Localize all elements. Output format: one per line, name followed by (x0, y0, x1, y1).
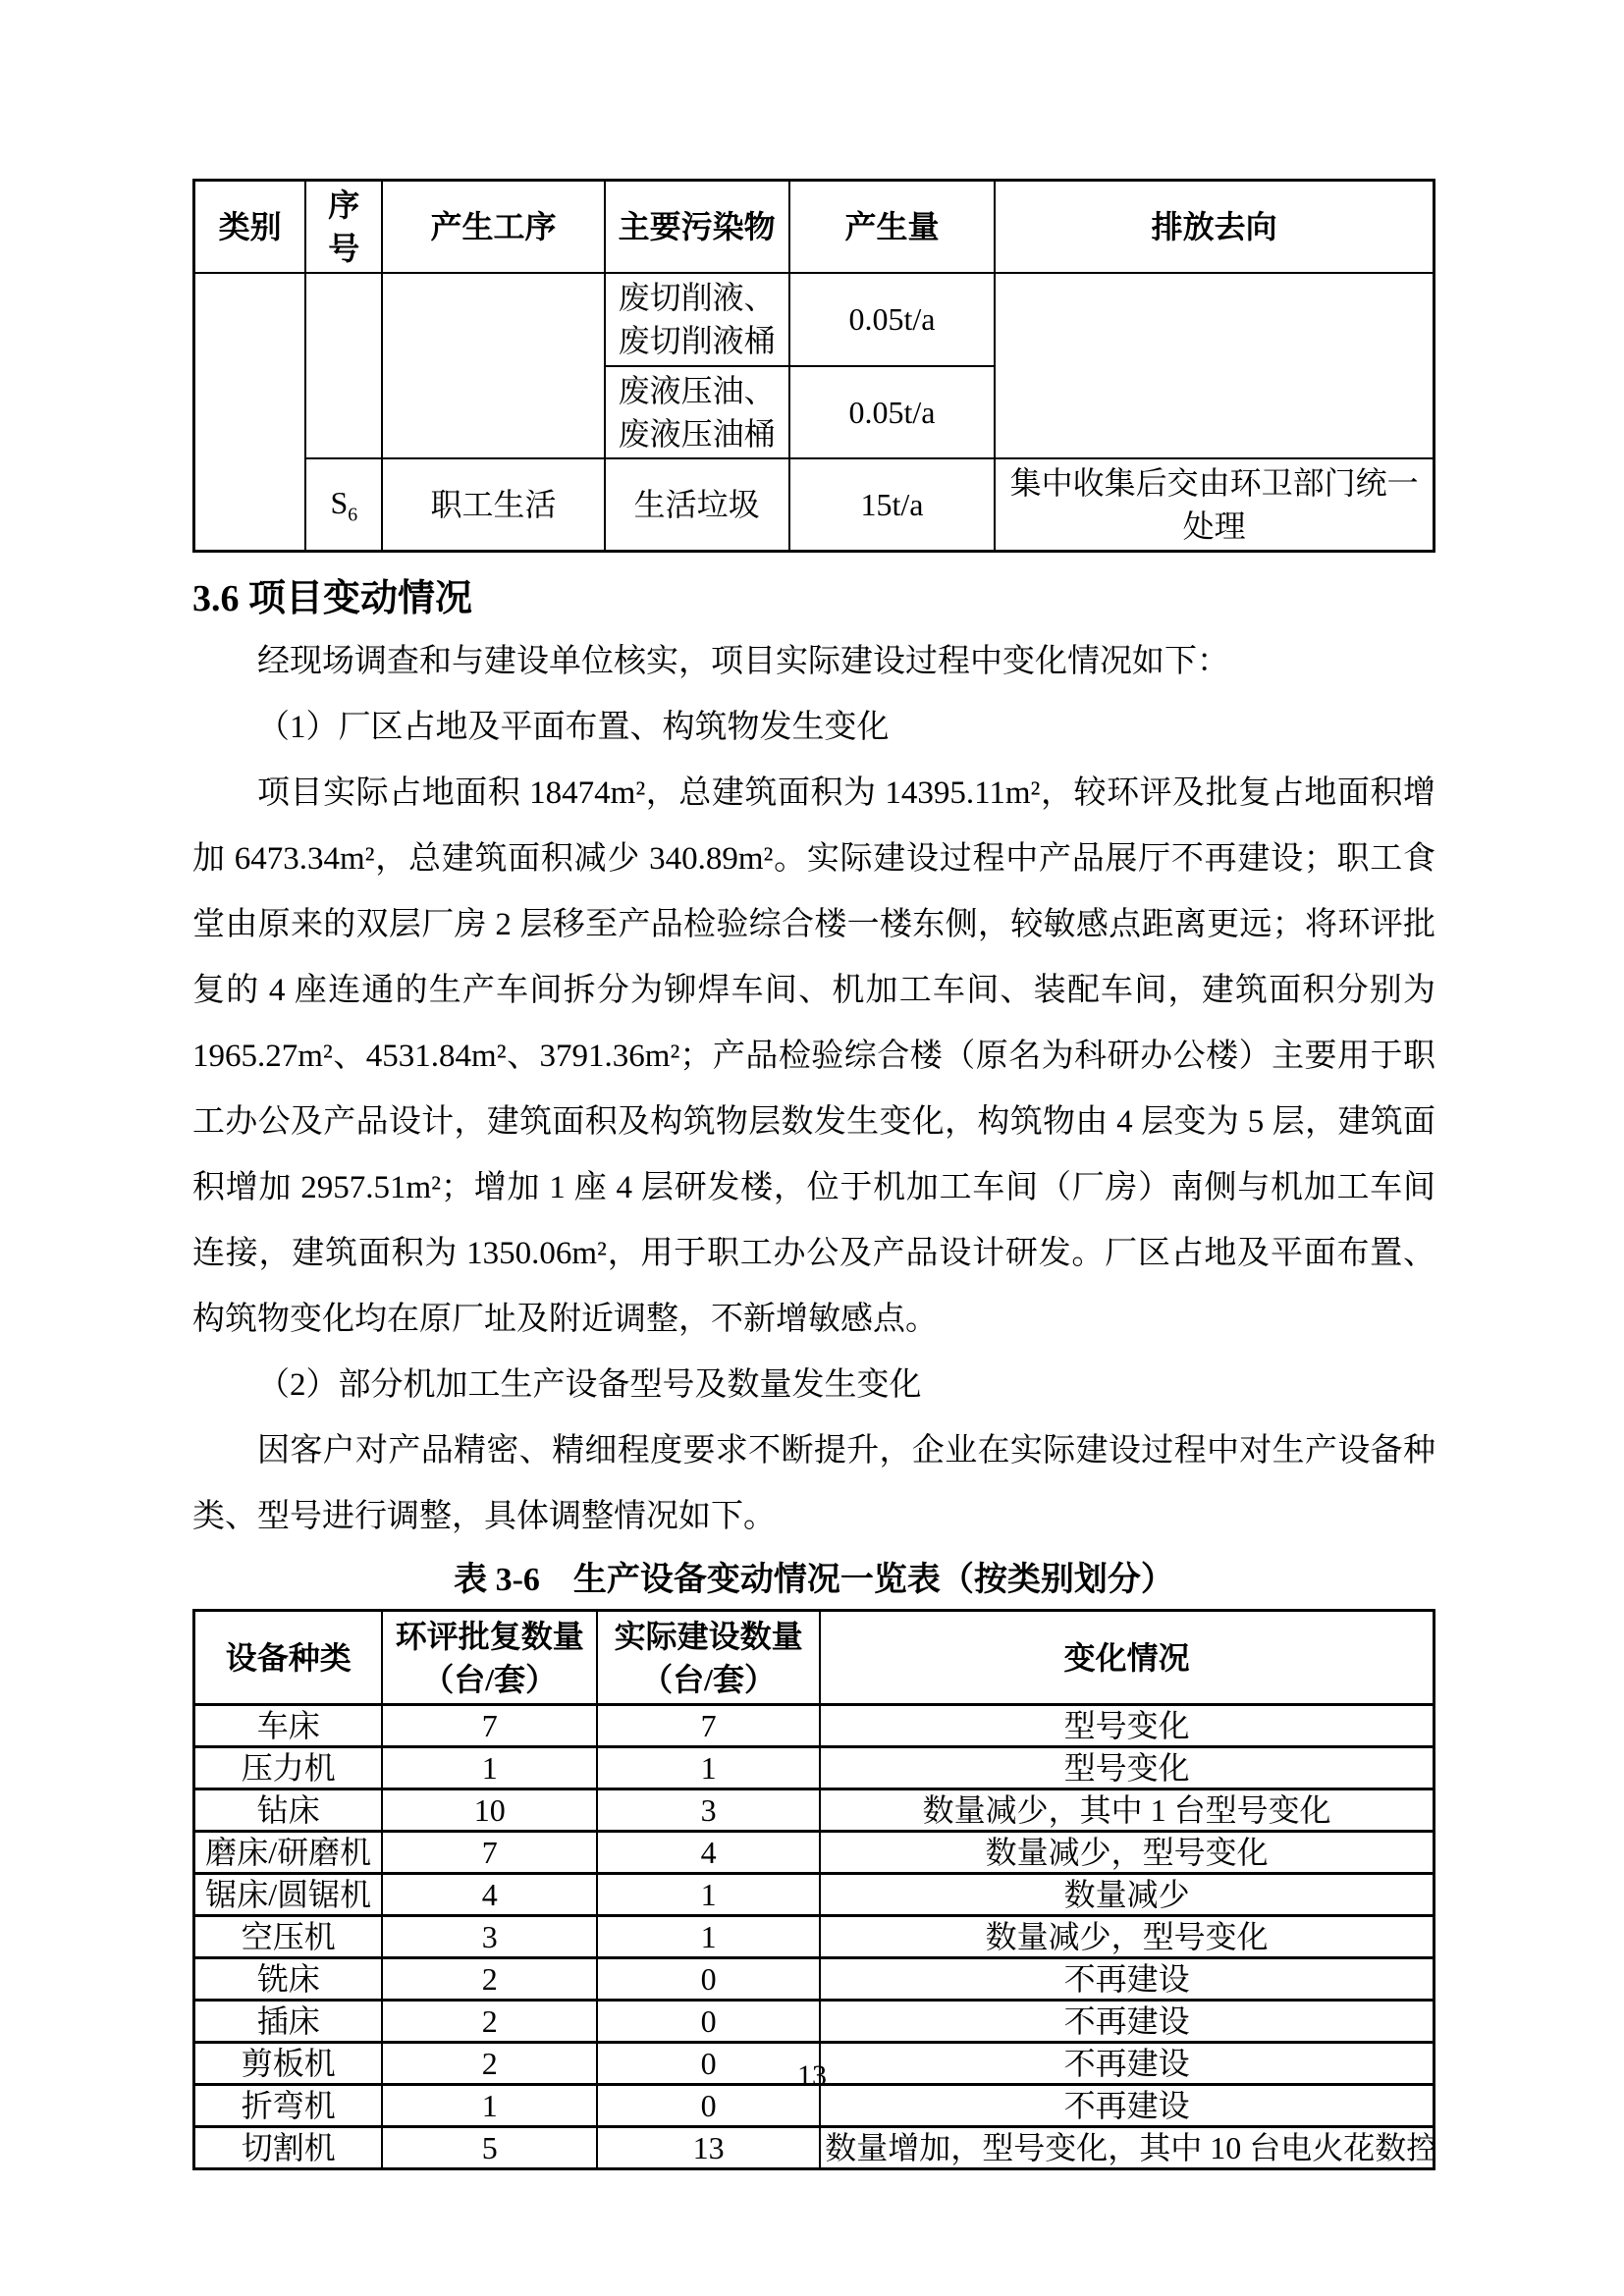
cell-pollutant: 生活垃圾 (605, 458, 789, 552)
cell-change-status: 数量减少 (820, 1874, 1434, 1916)
cell-pollutant: 废切削液、废切削液桶 (605, 273, 789, 365)
header-process: 产生工序 (382, 181, 604, 274)
cell-equipment-type: 压力机 (194, 1747, 383, 1789)
paragraph-intro: 经现场调查和与建设单位核实，项目实际建设过程中变化情况如下： (192, 629, 1435, 695)
cell-approved-qty: 3 (382, 1916, 596, 1958)
table-3-6-caption: 表 3-6 生产设备变动情况一览表（按类别划分） (192, 1558, 1435, 1603)
cell-change-status: 型号变化 (820, 1705, 1434, 1747)
cell-equipment-type: 切割机 (194, 2127, 383, 2169)
cell-change-status: 数量减少，其中 1 台型号变化 (820, 1789, 1434, 1832)
waste-generation-table: 类别 序号 产生工序 主要污染物 产生量 排放去向 废切削液、废切削液桶 0.0… (192, 179, 1435, 553)
table-row: 车床 7 7 型号变化 (194, 1705, 1435, 1747)
cell-equipment-type: 车床 (194, 1705, 383, 1747)
table-row: 空压机 3 1 数量减少，型号变化 (194, 1916, 1435, 1958)
cell-process: 职工生活 (382, 458, 604, 552)
cell-actual-qty: 4 (597, 1832, 820, 1874)
cell-equipment-type: 钻床 (194, 1789, 383, 1832)
header-serial: 序号 (305, 181, 382, 274)
cell-serial: S6 (305, 458, 382, 552)
table-row: 锯床/圆锯机 4 1 数量减少 (194, 1874, 1435, 1916)
cell-amount: 15t/a (789, 458, 996, 552)
cell-approved-qty: 4 (382, 1874, 596, 1916)
cell-actual-qty: 0 (597, 2001, 820, 2043)
cell-destination-empty (995, 273, 1434, 458)
header-approved-qty: 环评批复数量 （台/套） (382, 1611, 596, 1705)
paragraph-item1-detail: 项目实际占地面积 18474m²，总建筑面积为 14395.11m²，较环评及批… (192, 761, 1435, 1353)
table-header-row: 类别 序号 产生工序 主要污染物 产生量 排放去向 (194, 181, 1435, 274)
cell-equipment-type: 锯床/圆锯机 (194, 1874, 383, 1916)
header-pollutant: 主要污染物 (605, 181, 789, 274)
cell-actual-qty: 1 (597, 1747, 820, 1789)
cell-approved-qty: 7 (382, 1705, 596, 1747)
cell-equipment-type: 铣床 (194, 1958, 383, 2001)
page-content: 类别 序号 产生工序 主要污染物 产生量 排放去向 废切削液、废切削液桶 0.0… (192, 0, 1435, 2170)
table-row: 铣床 2 0 不再建设 (194, 1958, 1435, 2001)
cell-actual-qty: 1 (597, 1916, 820, 1958)
table-row: 压力机 1 1 型号变化 (194, 1747, 1435, 1789)
cell-approved-qty: 10 (382, 1789, 596, 1832)
paragraph-item1-title: （1）厂区占地及平面布置、构筑物发生变化 (192, 695, 1435, 761)
cell-approved-qty: 5 (382, 2127, 596, 2169)
cell-change-status: 不再建设 (820, 2001, 1434, 2043)
paragraph-item2-title: （2）部分机加工生产设备型号及数量发生变化 (192, 1353, 1435, 1418)
cell-equipment-type: 插床 (194, 2001, 383, 2043)
cell-change-status: 数量增加，型号变化，其中 10 台电火花数控 (820, 2127, 1434, 2169)
table-row: 插床 2 0 不再建设 (194, 2001, 1435, 2043)
serial-base: S (330, 485, 348, 520)
table-header-row: 设备种类 环评批复数量 （台/套） 实际建设数量 （台/套） 变化情况 (194, 1611, 1435, 1705)
cell-actual-qty: 0 (597, 1958, 820, 2001)
header-amount: 产生量 (789, 181, 996, 274)
cell-change-status: 数量减少，型号变化 (820, 1916, 1434, 1958)
document-page: 类别 序号 产生工序 主要污染物 产生量 排放去向 废切削液、废切削液桶 0.0… (0, 0, 1624, 2296)
table-row: 钻床 10 3 数量减少，其中 1 台型号变化 (194, 1789, 1435, 1832)
cell-actual-qty: 7 (597, 1705, 820, 1747)
table-row: 磨床/研磨机 7 4 数量减少，型号变化 (194, 1832, 1435, 1874)
header-category: 类别 (194, 181, 306, 274)
cell-amount: 0.05t/a (789, 273, 996, 365)
table-row: S6 职工生活 生活垃圾 15t/a 集中收集后交由环卫部门统一处理 (194, 458, 1435, 552)
cell-amount: 0.05t/a (789, 366, 996, 458)
paragraph-item2-detail: 因客户对产品精密、精细程度要求不断提升，企业在实际建设过程中对生产设备种类、型号… (192, 1418, 1435, 1550)
page-number: 13 (0, 2059, 1624, 2093)
section-heading: 3.6 项目变动情况 (192, 574, 1435, 623)
cell-equipment-type: 磨床/研磨机 (194, 1832, 383, 1874)
cell-approved-qty: 2 (382, 1958, 596, 2001)
header-change-status: 变化情况 (820, 1611, 1434, 1705)
header-actual-qty: 实际建设数量 （台/套） (597, 1611, 820, 1705)
cell-pollutant: 废液压油、废液压油桶 (605, 366, 789, 458)
cell-approved-qty: 7 (382, 1832, 596, 1874)
serial-subscript: 6 (348, 504, 357, 525)
cell-destination: 集中收集后交由环卫部门统一处理 (995, 458, 1434, 552)
cell-process-empty (382, 273, 604, 458)
cell-approved-qty: 2 (382, 2001, 596, 2043)
header-destination: 排放去向 (995, 181, 1434, 274)
cell-serial-empty (305, 273, 382, 458)
cell-actual-qty: 13 (597, 2127, 820, 2169)
cell-change-status: 型号变化 (820, 1747, 1434, 1789)
table-row: 废切削液、废切削液桶 0.05t/a (194, 273, 1435, 365)
table-row: 切割机 5 13 数量增加，型号变化，其中 10 台电火花数控 (194, 2127, 1435, 2169)
cell-change-status: 数量减少，型号变化 (820, 1832, 1434, 1874)
cell-equipment-type: 空压机 (194, 1916, 383, 1958)
header-equipment-type: 设备种类 (194, 1611, 383, 1705)
cell-actual-qty: 1 (597, 1874, 820, 1916)
cell-change-status: 不再建设 (820, 1958, 1434, 2001)
cell-actual-qty: 3 (597, 1789, 820, 1832)
cell-approved-qty: 1 (382, 1747, 596, 1789)
cell-category-empty (194, 273, 306, 551)
